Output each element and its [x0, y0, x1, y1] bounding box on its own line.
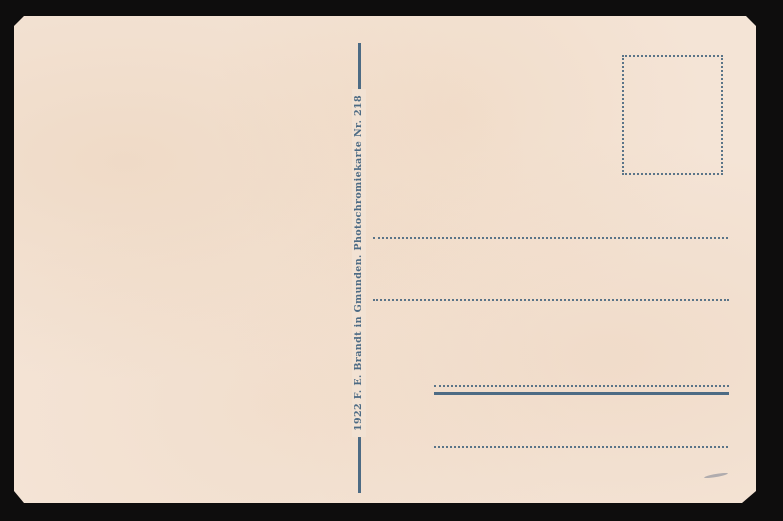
- postcard-back: 1922 F. E. Brandt in Gmunden. Photochrom…: [14, 16, 756, 503]
- publisher-imprint: 1922 F. E. Brandt in Gmunden. Photochrom…: [352, 89, 366, 437]
- address-line-1: [373, 237, 728, 239]
- address-line-2: [373, 299, 729, 301]
- scan-background: 1922 F. E. Brandt in Gmunden. Photochrom…: [0, 0, 783, 521]
- address-underline-solid: [434, 392, 729, 395]
- address-line-4: [434, 446, 728, 448]
- stamp-placement-box: [622, 55, 723, 175]
- ink-smudge: [704, 472, 728, 479]
- address-line-3: [434, 385, 729, 387]
